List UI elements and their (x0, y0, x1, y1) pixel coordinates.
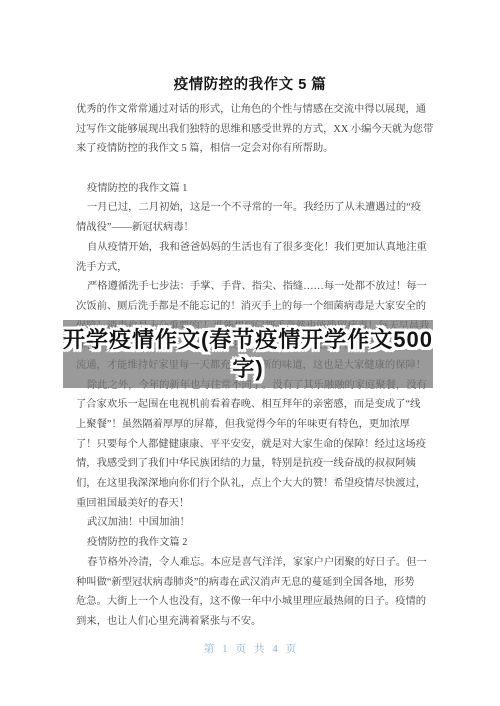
pagination-total-pages: 4 (273, 643, 278, 657)
pagination-label-di: 第 (204, 643, 215, 657)
pagination: 第 1 页 共 4 页 (0, 643, 500, 657)
text-line: 危急。大街上一个人也没有，这不像一年中小城里理应最热闹的日子。疫情的 (76, 592, 424, 612)
section-heading: 疫情防控的我作文篇 1 (76, 179, 424, 199)
text-line: 春节格外冷清，令人难忘。本应是喜气洋洋，家家户户团聚的好日子。但一 (76, 553, 424, 573)
text-line: 一月已过，二月初始，这是一个不寻常的一年。我经历了从未遭遇过的“疫 (76, 198, 424, 218)
text-line: 优秀的作文常常通过对话的形式，让角色的个性与情感在交流中得以展现，通 (76, 100, 424, 120)
text-line: 种叫做“新型冠状病毒肺炎”的病毒在武汉消声无息的蔓延到全国各地，形势 (76, 573, 424, 593)
text-line: 自从疫情开始，我和爸爸妈妈的生活也有了很多变化！我们更加认真地注重 (76, 238, 424, 258)
watermark-overlay: 开学疫情作文(春节疫情开学作文500 字) (63, 320, 433, 388)
overlay-title-line1: 开学疫情作文(春节疫情开学作文500 (63, 325, 433, 354)
text-line: 情，我感受到了我们中华民族团结的力量，特别是抗疫一线奋战的叔叔阿姨 (76, 454, 424, 474)
text-line: 过写作文能够展现出我们独特的思维和感受世界的方式，XX 小编今天就为您带 (76, 120, 424, 140)
pagination-current-page: 1 (222, 643, 227, 657)
text-line: 洗手方式， (76, 258, 424, 278)
text-line: 了！只要每个人都健健康康、平平安安，就是对大家生命的保障！经过这场疫 (76, 435, 424, 455)
text-line: 了合家欢乐一起围在电视机前看着春晚、相互拜年的亲密感，而是变成了“线 (76, 395, 424, 415)
document-title: 疫情防控的我作文 5 篇 (0, 73, 500, 94)
text-line: 上聚餐”！虽然隔着厚厚的屏幕，但我觉得今年的年味更有特色，更加浓厚 (76, 415, 424, 435)
pagination-label-page: 页 (236, 643, 247, 657)
text-line: 们，在这里我深深地向你们行个队礼，点上个大大的赞！希望疫情尽快渡过， (76, 474, 424, 494)
text-line: 情战役”——新冠状病毒！ (76, 218, 424, 238)
text-line: 来了疫情防控的我作文 5 篇，相信一定会对你有所帮助。 (76, 139, 424, 159)
text-line: 次饭前、厕后洗手都是不能忘记的！消灭手上的每一个细菌病毒是大家安全的 (76, 297, 424, 317)
document-page: 疫情防控的我作文 5 篇 优秀的作文常常通过对话的形式，让角色的个性与情感在交流… (0, 0, 500, 706)
pagination-label-of: 共 (254, 643, 265, 657)
text-line: 严格遵循洗手七步法：手掌、手背、指尖、指缝……每一处都不放过！每一 (76, 277, 424, 297)
overlay-title-line2: 字) (232, 354, 263, 383)
text-line: 重回祖国最美好的春天！ (76, 494, 424, 514)
section-heading: 疫情防控的我作文篇 2 (76, 533, 424, 553)
pagination-label-page2: 页 (286, 643, 297, 657)
text-line: 到来，也让人们心里充满着紧张与不安。 (76, 612, 424, 632)
text-line: 武汉加油！中国加油！ (76, 513, 424, 533)
